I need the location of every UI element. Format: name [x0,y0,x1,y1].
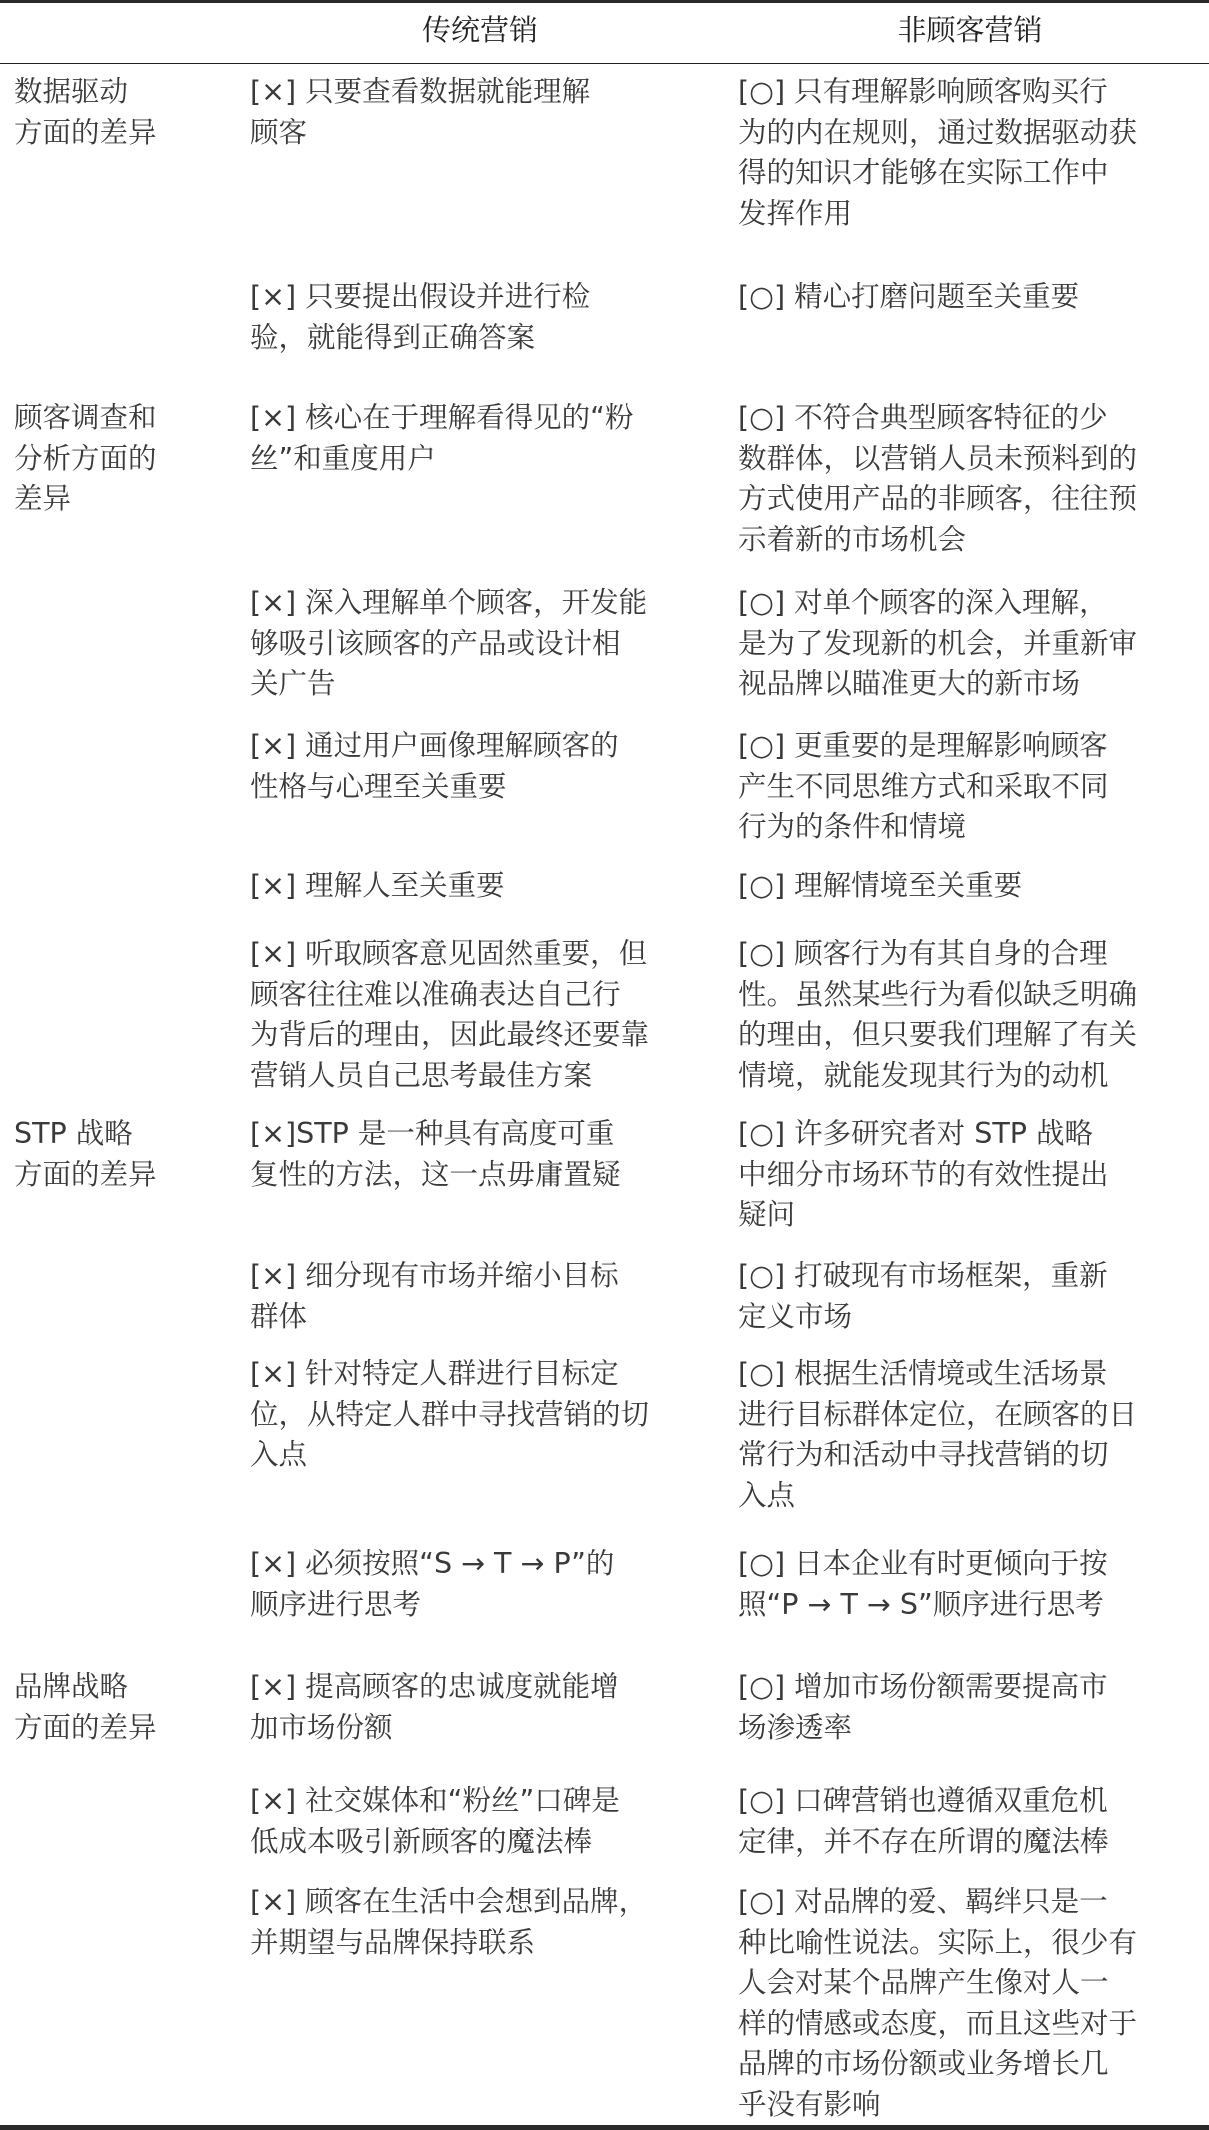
nonconsumer-cell: [○] 许多研究者对 STP 战略 中细分市场环节的有效性提出 疑问 [738,1114,1206,1236]
nonconsumer-cell: [○] 更重要的是理解影响顾客 产生不同思维方式和采取不同 行为的条件和情境 [738,726,1206,848]
nonconsumer-cell: [○] 对品牌的爱、羁绊只是一 种比喻性说法。实际上，很少有 人会对某个品牌产生… [738,1882,1206,2125]
traditional-cell: [×] 深入理解单个顾客，开发能 够吸引该顾客的产品或设计相 关广告 [250,583,712,705]
traditional-cell: [×] 理解人至关重要 [250,866,712,907]
nonconsumer-cell: [○] 增加市场份额需要提高市 场渗透率 [738,1667,1206,1748]
nonconsumer-cell: [○] 理解情境至关重要 [738,866,1206,907]
category-data-driven: 数据驱动 方面的差异 [14,72,214,153]
traditional-cell: [×] 社交媒体和“粉丝”口碑是 低成本吸引新顾客的魔法棒 [250,1781,712,1862]
category-stp-strategy: STP 战略 方面的差异 [14,1114,214,1195]
header-nonconsumer-marketing: 非顾客营销 [735,6,1205,54]
traditional-cell: [×] 细分现有市场并缩小目标 群体 [250,1256,712,1337]
table-bottom-rule [0,2125,1209,2130]
nonconsumer-cell: [○] 根据生活情境或生活场景 进行目标群体定位，在顾客的日 常行为和活动中寻找… [738,1354,1206,1516]
header-traditional-marketing: 传统营销 [250,6,710,54]
traditional-cell: [×] 必须按照“S → T → P”的 顺序进行思考 [250,1544,712,1625]
traditional-cell: [×] 通过用户画像理解顾客的 性格与心理至关重要 [250,726,712,807]
traditional-cell: [×] 提高顾客的忠诚度就能增 加市场份额 [250,1667,712,1748]
nonconsumer-cell: [○] 对单个顾客的深入理解， 是为了发现新的机会，并重新审 视品牌以瞄准更大的… [738,583,1206,705]
nonconsumer-cell: [○] 日本企业有时更倾向于按 照“P → T → S”顺序进行思考 [738,1544,1206,1625]
traditional-cell: [×] 针对特定人群进行目标定 位，从特定人群中寻找营销的切 入点 [250,1354,712,1476]
category-customer-research: 顾客调查和 分析方面的 差异 [14,398,214,520]
category-brand-strategy: 品牌战略 方面的差异 [14,1667,214,1748]
traditional-cell: [×] 听取顾客意见固然重要，但 顾客往往难以准确表达自己行 为背后的理由，因此… [250,934,712,1096]
table-top-rule [0,0,1209,3]
nonconsumer-cell: [○] 只有理解影响顾客购买行 为的内在规则，通过数据驱动获 得的知识才能够在实… [738,72,1206,234]
nonconsumer-cell: [○] 精心打磨问题至关重要 [738,277,1206,318]
traditional-cell: [×] 只要提出假设并进行检 验，就能得到正确答案 [250,277,712,358]
nonconsumer-cell: [○] 打破现有市场框架，重新 定义市场 [738,1256,1206,1337]
traditional-cell: [×]STP 是一种具有高度可重 复性的方法，这一点毋庸置疑 [250,1114,712,1195]
traditional-cell: [×] 核心在于理解看得见的“粉 丝”和重度用户 [250,398,712,479]
header-rule [0,63,1209,64]
traditional-cell: [×] 顾客在生活中会想到品牌， 并期望与品牌保持联系 [250,1882,712,1963]
nonconsumer-cell: [○] 不符合典型顾客特征的少 数群体，以营销人员未预料到的 方式使用产品的非顾… [738,398,1206,560]
nonconsumer-cell: [○] 顾客行为有其自身的合理 性。虽然某些行为看似缺乏明确 的理由，但只要我们… [738,934,1206,1096]
nonconsumer-cell: [○] 口碑营销也遵循双重危机 定律，并不存在所谓的魔法棒 [738,1781,1206,1862]
traditional-cell: [×] 只要查看数据就能理解 顾客 [250,72,712,153]
